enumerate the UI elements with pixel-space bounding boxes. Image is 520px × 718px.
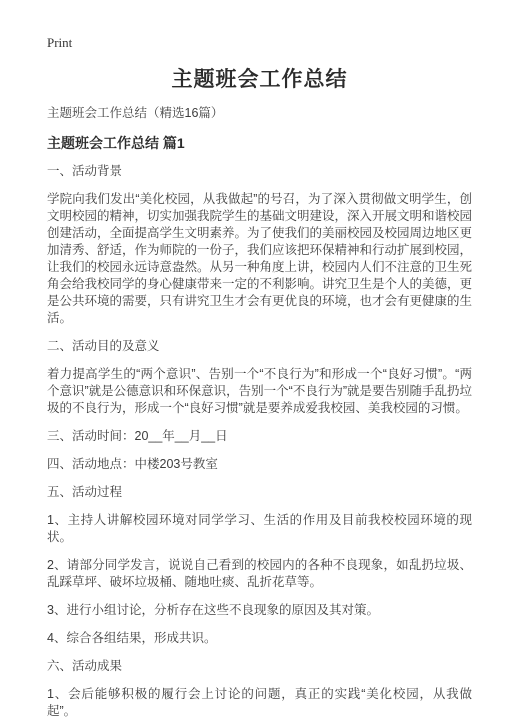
doc-section-title: 主题班会工作总结 篇1 [47,134,472,152]
list-item-3: 3、进行小组讨论，分析存在这些不良现象的原因及其对策。 [47,602,472,619]
paragraph-1: 学院向我们发出“美化校园，从我做起”的号召，为了深入贯彻做文明学生，创文明校园的… [47,191,472,327]
list-item-2: 2、请部分同学发言，说说自己看到的校园内的各种不良现象，如乱扔垃圾、乱踩草坪、破… [47,557,472,591]
print-link[interactable]: Print [47,36,72,49]
section-heading-2: 二、活动目的及意义 [47,338,472,355]
section-heading-6: 六、活动成果 [47,658,472,675]
list-item-4: 4、综合各组结果，形成共识。 [47,630,472,647]
list-item-5: 1、会后能够积极的履行会上讨论的问题，真正的实践“美化校园，从我做起”。 [47,686,472,718]
doc-subtitle: 主题班会工作总结（精选16篇） [47,105,472,122]
section-heading-5: 五、活动过程 [47,484,472,501]
list-item-1: 1、主持人讲解校园环境对同学学习、生活的作用及目前我校校园环境的现状。 [47,512,472,546]
document-page: Print 主题班会工作总结 主题班会工作总结（精选16篇） 主题班会工作总结 … [0,0,520,718]
section-heading-3: 三、活动时间：20__年__月__日 [47,428,472,445]
page-title: 主题班会工作总结 [47,67,472,93]
section-heading-4: 四、活动地点：中楼203号教室 [47,456,472,473]
paragraph-2: 着力提高学生的“两个意识”、告别一个“不良行为”和形成一个“良好习惯”。“两个意… [47,366,472,417]
section-heading-1: 一、活动背景 [47,163,472,180]
